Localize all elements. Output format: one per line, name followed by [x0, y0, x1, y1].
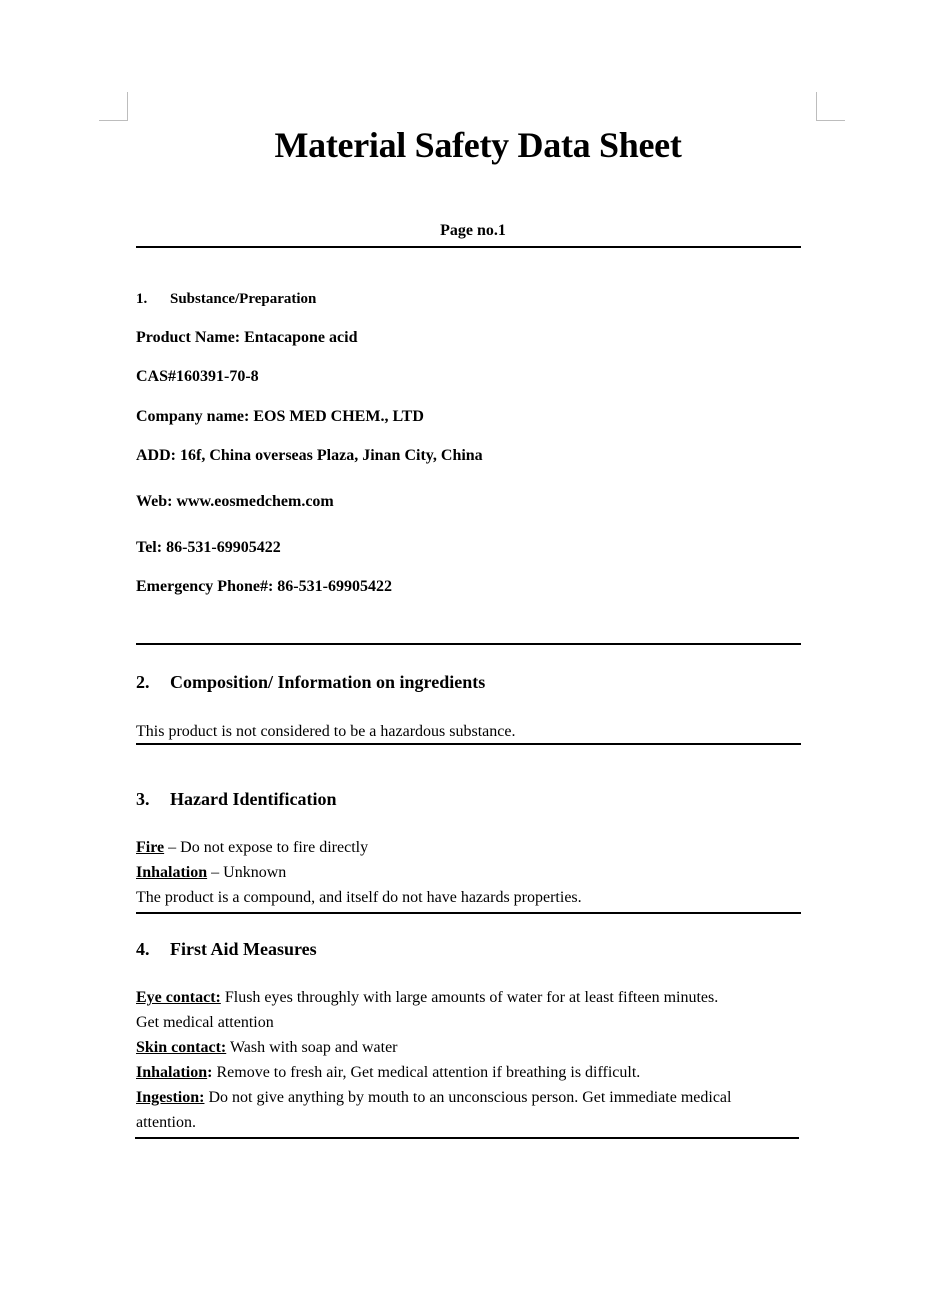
inhalation-label: Inhalation: [136, 1064, 207, 1081]
fire-label: Fire: [136, 839, 164, 856]
ingestion-label: Ingestion:: [136, 1089, 204, 1106]
first-aid-skin: Skin contact: Wash with soap and water: [136, 1039, 398, 1057]
first-aid-ingestion: Ingestion: Do not give anything by mouth…: [136, 1089, 731, 1107]
emergency-phone: Emergency Phone#: 86-531-69905422: [136, 578, 392, 596]
page-number: Page no.1: [0, 222, 939, 240]
skin-contact-label: Skin contact:: [136, 1039, 226, 1056]
divider: [136, 643, 801, 645]
section-4-heading: 4.First Aid Measures: [136, 939, 317, 960]
hazard-fire: Fire – Do not expose to fire directly: [136, 839, 368, 857]
inhalation-label: Inhalation: [136, 864, 207, 881]
hazard-note: The product is a compound, and itself do…: [136, 889, 582, 907]
product-name: Product Name: Entacapone acid: [136, 329, 357, 347]
company-tel: Tel: 86-531-69905422: [136, 539, 281, 557]
section-2-heading: 2.Composition/ Information on ingredient…: [136, 672, 485, 693]
divider: [136, 912, 801, 914]
cas-number: CAS#160391-70-8: [136, 368, 259, 386]
document-title: Material Safety Data Sheet: [0, 124, 939, 166]
eye-contact-label: Eye contact:: [136, 989, 221, 1006]
margin-corner-mark-top-right: [816, 92, 845, 121]
first-aid-eye: Eye contact: Flush eyes throughly with l…: [136, 989, 718, 1007]
first-aid-inhalation: Inhalation: Remove to fresh air, Get med…: [136, 1064, 640, 1082]
divider: [136, 743, 801, 745]
first-aid-eye-cont: Get medical attention: [136, 1014, 274, 1032]
company-name: Company name: EOS MED CHEM., LTD: [136, 408, 424, 426]
company-address: ADD: 16f, China overseas Plaza, Jinan Ci…: [136, 447, 483, 465]
divider: [135, 1137, 799, 1139]
section-1-heading: 1.Substance/Preparation: [136, 291, 316, 308]
margin-corner-mark-top-left: [99, 92, 128, 121]
section-3-heading: 3.Hazard Identification: [136, 789, 337, 810]
divider: [136, 246, 801, 248]
first-aid-ingestion-cont: attention.: [136, 1114, 196, 1132]
section-2-text: This product is not considered to be a h…: [136, 723, 515, 741]
hazard-inhalation: Inhalation – Unknown: [136, 864, 286, 882]
company-web: Web: www.eosmedchem.com: [136, 493, 334, 511]
